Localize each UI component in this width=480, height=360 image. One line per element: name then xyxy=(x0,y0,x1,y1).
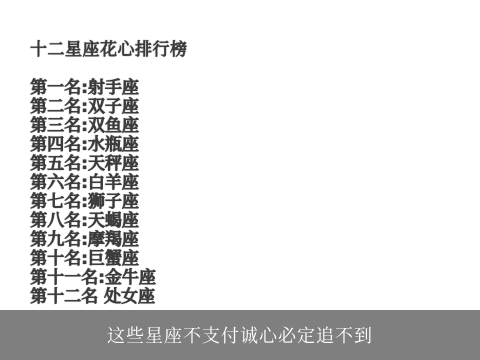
ranking-item: 第十二名 处女座 xyxy=(30,288,156,307)
ranking-list: 第一名:射手座 第二名:双子座 第三名:双鱼座 第四名:水瓶座 第五名:天秤座 … xyxy=(30,79,156,307)
ranking-item: 第九名:摩羯座 xyxy=(30,231,156,250)
subtitle-caption-bar: 这些星座不支付诚心必定追不到 xyxy=(0,310,480,360)
ranking-title: 十二星座花心排行榜 xyxy=(30,40,188,60)
ranking-item: 第五名:天秤座 xyxy=(30,155,156,174)
ranking-item: 第二名:双子座 xyxy=(30,98,156,117)
ranking-item: 第八名:天蝎座 xyxy=(30,212,156,231)
subtitle-caption-text: 这些星座不支付诚心必定追不到 xyxy=(107,322,373,348)
ranking-item: 第十名:巨蟹座 xyxy=(30,250,156,269)
ranking-item: 第十一名:金牛座 xyxy=(30,269,156,288)
ranking-item: 第七名:狮子座 xyxy=(30,193,156,212)
ranking-item: 第一名:射手座 xyxy=(30,79,156,98)
ranking-item: 第四名:水瓶座 xyxy=(30,136,156,155)
ranking-item: 第六名:白羊座 xyxy=(30,174,156,193)
ranking-item: 第三名:双鱼座 xyxy=(30,117,156,136)
